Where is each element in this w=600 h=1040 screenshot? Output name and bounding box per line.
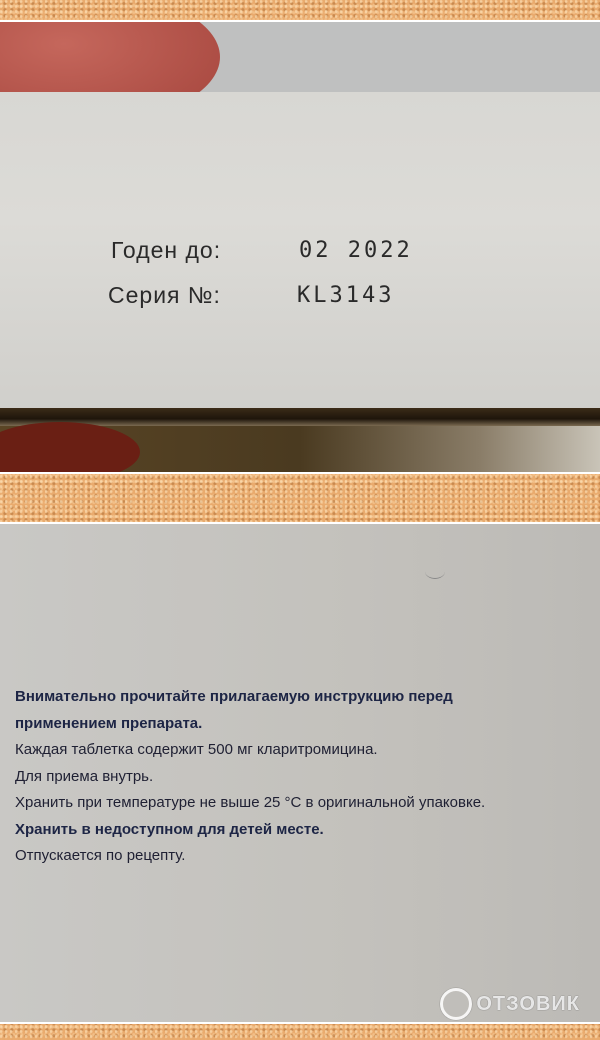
- info-line: применением препарата.: [15, 711, 595, 738]
- photo-package-info: Внимательно прочитайте прилагаемую инстр…: [0, 522, 600, 1024]
- batch-label: Серия №:: [108, 282, 221, 309]
- info-line: Хранить при температуре не выше 25 °C в …: [15, 790, 595, 817]
- info-line: Хранить в недоступном для детей месте.: [15, 817, 595, 844]
- photo-package-stamp: Годен до: 02 2022 Серия №: KL3143: [0, 20, 600, 474]
- expiry-value: 02 2022: [299, 238, 413, 263]
- scratch-mark: [425, 564, 445, 579]
- otzovik-icon: [440, 988, 472, 1020]
- batch-value: KL3143: [297, 283, 394, 308]
- info-line: Отпускается по рецепту.: [15, 843, 595, 870]
- expiry-label: Годен до:: [111, 237, 221, 264]
- watermark-text: ОТЗОВИК: [476, 993, 580, 1016]
- info-line: Каждая таблетка содержит 500 мг кларитро…: [15, 737, 595, 764]
- info-line: Для приема внутрь.: [15, 764, 595, 791]
- info-line: Внимательно прочитайте прилагаемую инстр…: [15, 684, 595, 711]
- watermark-logo: ОТЗОВИК: [440, 988, 580, 1020]
- package-info-text: Внимательно прочитайте прилагаемую инстр…: [15, 684, 595, 870]
